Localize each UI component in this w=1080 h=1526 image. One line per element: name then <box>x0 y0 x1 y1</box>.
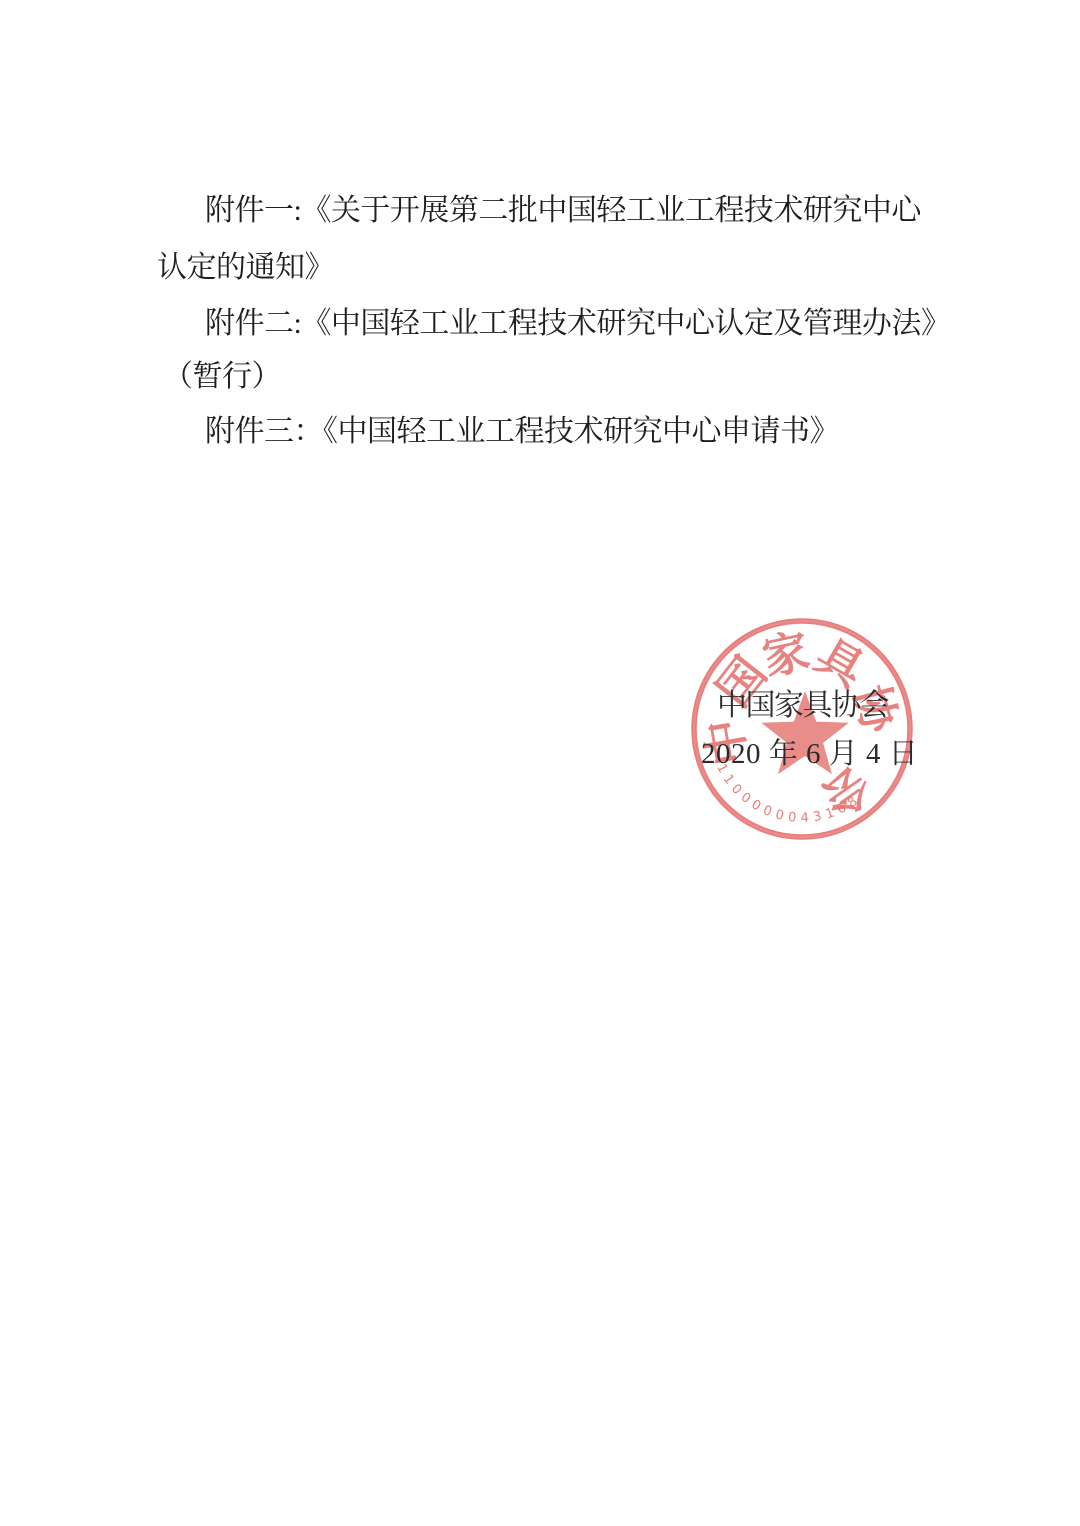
document-page: 附件一:《关于开展第二批中国轻工业工程技术研究中心 认定的通知》 附件二:《中国… <box>0 0 1080 1526</box>
attachment-line-1-continuation: 认定的通知》 <box>157 242 334 286</box>
attachment-line-2-continuation: （暂行） <box>163 351 281 395</box>
signature-org-name: 中国家具协会 <box>717 680 888 724</box>
attachment-line-2: 附件二:《中国轻工业工程技术研究中心认定及管理办法》 <box>205 298 950 342</box>
attachment-line-1: 附件一:《关于开展第二批中国轻工业工程技术研究中心 <box>205 185 921 229</box>
official-red-seal: 中 国 家 具 协 会 1100000043168 <box>688 615 916 843</box>
attachment-line-3: 附件三：《中国轻工业工程技术研究中心申请书》 <box>205 406 839 450</box>
seal-graphic: 中 国 家 具 协 会 1100000043168 <box>688 615 916 843</box>
seal-ring-char-jia: 家 <box>758 625 814 684</box>
signature-date: 2020 年 6 月 4 日 <box>701 731 918 772</box>
